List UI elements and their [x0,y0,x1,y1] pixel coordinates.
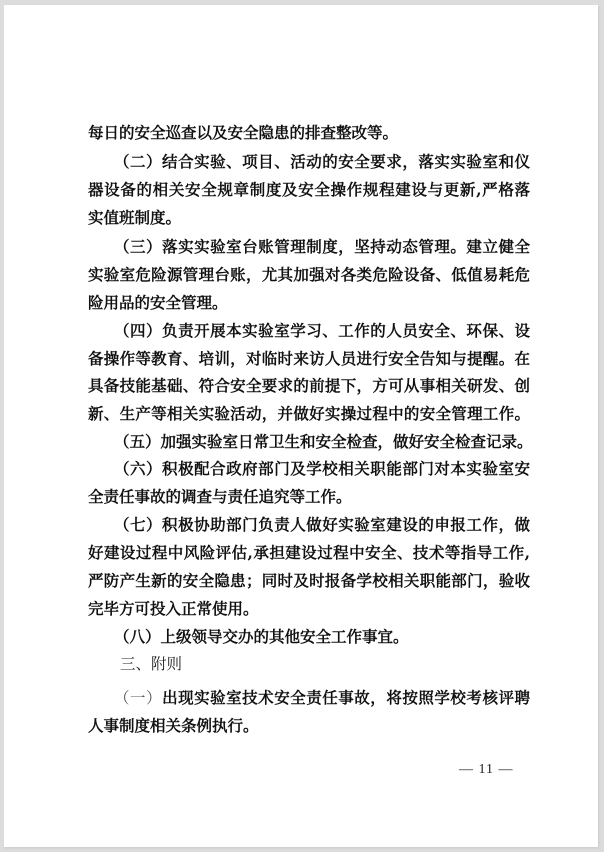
paragraph-line: 全责任事故的调查与责任追究等工作。 [88,486,530,508]
document-page: 每日的安全巡查以及安全隐患的排查整改等。 （二）结合实验、项目、活动的安全要求，… [4,5,598,847]
paragraph-line: 实值班制度。 [88,207,530,229]
paragraph-line: （三）落实实验室台账管理制度，坚持动态管理。建立健全 [114,236,530,258]
paragraph-line: （四）负责开展本实验室学习、工作的人员安全、环保、设 [114,320,530,342]
paragraph-line: 新、生产等相关实验活动，并做好实操过程中的安全管理工作。 [88,403,530,425]
paragraph-line: （五）加强实验室日常卫生和安全检查，做好安全检查记录。 [114,431,530,453]
paragraph-line: 好建设过程中风险评估,承担建设过程中安全、技术等指导工作, [88,542,530,564]
paragraph-line: 具备技能基础、符合安全要求的前提下，方可从事相关研发、创 [88,375,530,397]
paragraph-line: （六）积极配合政府部门及学校相关职能部门对本实验室安 [114,458,530,480]
appendix-line: 人事制度相关条例执行。 [88,715,530,737]
paragraph-line: （八）上级领导交办的其他安全工作事宜。 [114,626,530,648]
paragraph-line: 实验室危险源管理台账，尤其加强对各类危险设备、低值易耗危 [88,264,530,286]
section-heading: 三、附则 [120,653,182,675]
appendix-enum: （一） [114,689,162,707]
appendix-line: （一）出现实验室技术安全责任事故，将按照学校考核评聘 [114,687,530,709]
paragraph-line: 严防产生新的安全隐患；同时及时报备学校相关职能部门，验收 [88,570,530,592]
paragraph-line: 器设备的相关安全规章制度及安全操作规程建设与更新,严格落 [88,179,530,201]
paragraph-line: 备操作等教育、培训，对临时来访人员进行安全告知与提醒。在 [88,348,530,370]
paragraph-line: （二）结合实验、项目、活动的安全要求，落实实验室和仪 [114,151,530,173]
paragraph-line: 每日的安全巡查以及安全隐患的排查整改等。 [88,122,530,144]
paragraph-line: 完毕方可投入正常使用。 [88,598,530,620]
paragraph-line: 险用品的安全管理。 [88,292,530,314]
appendix-text: 出现实验室技术安全责任事故，将按照学校考核评聘 [162,688,530,707]
paragraph-line: （七）积极协助部门负责人做好实验室建设的申报工作，做 [114,514,530,536]
page-number: — 11 — [459,762,513,778]
